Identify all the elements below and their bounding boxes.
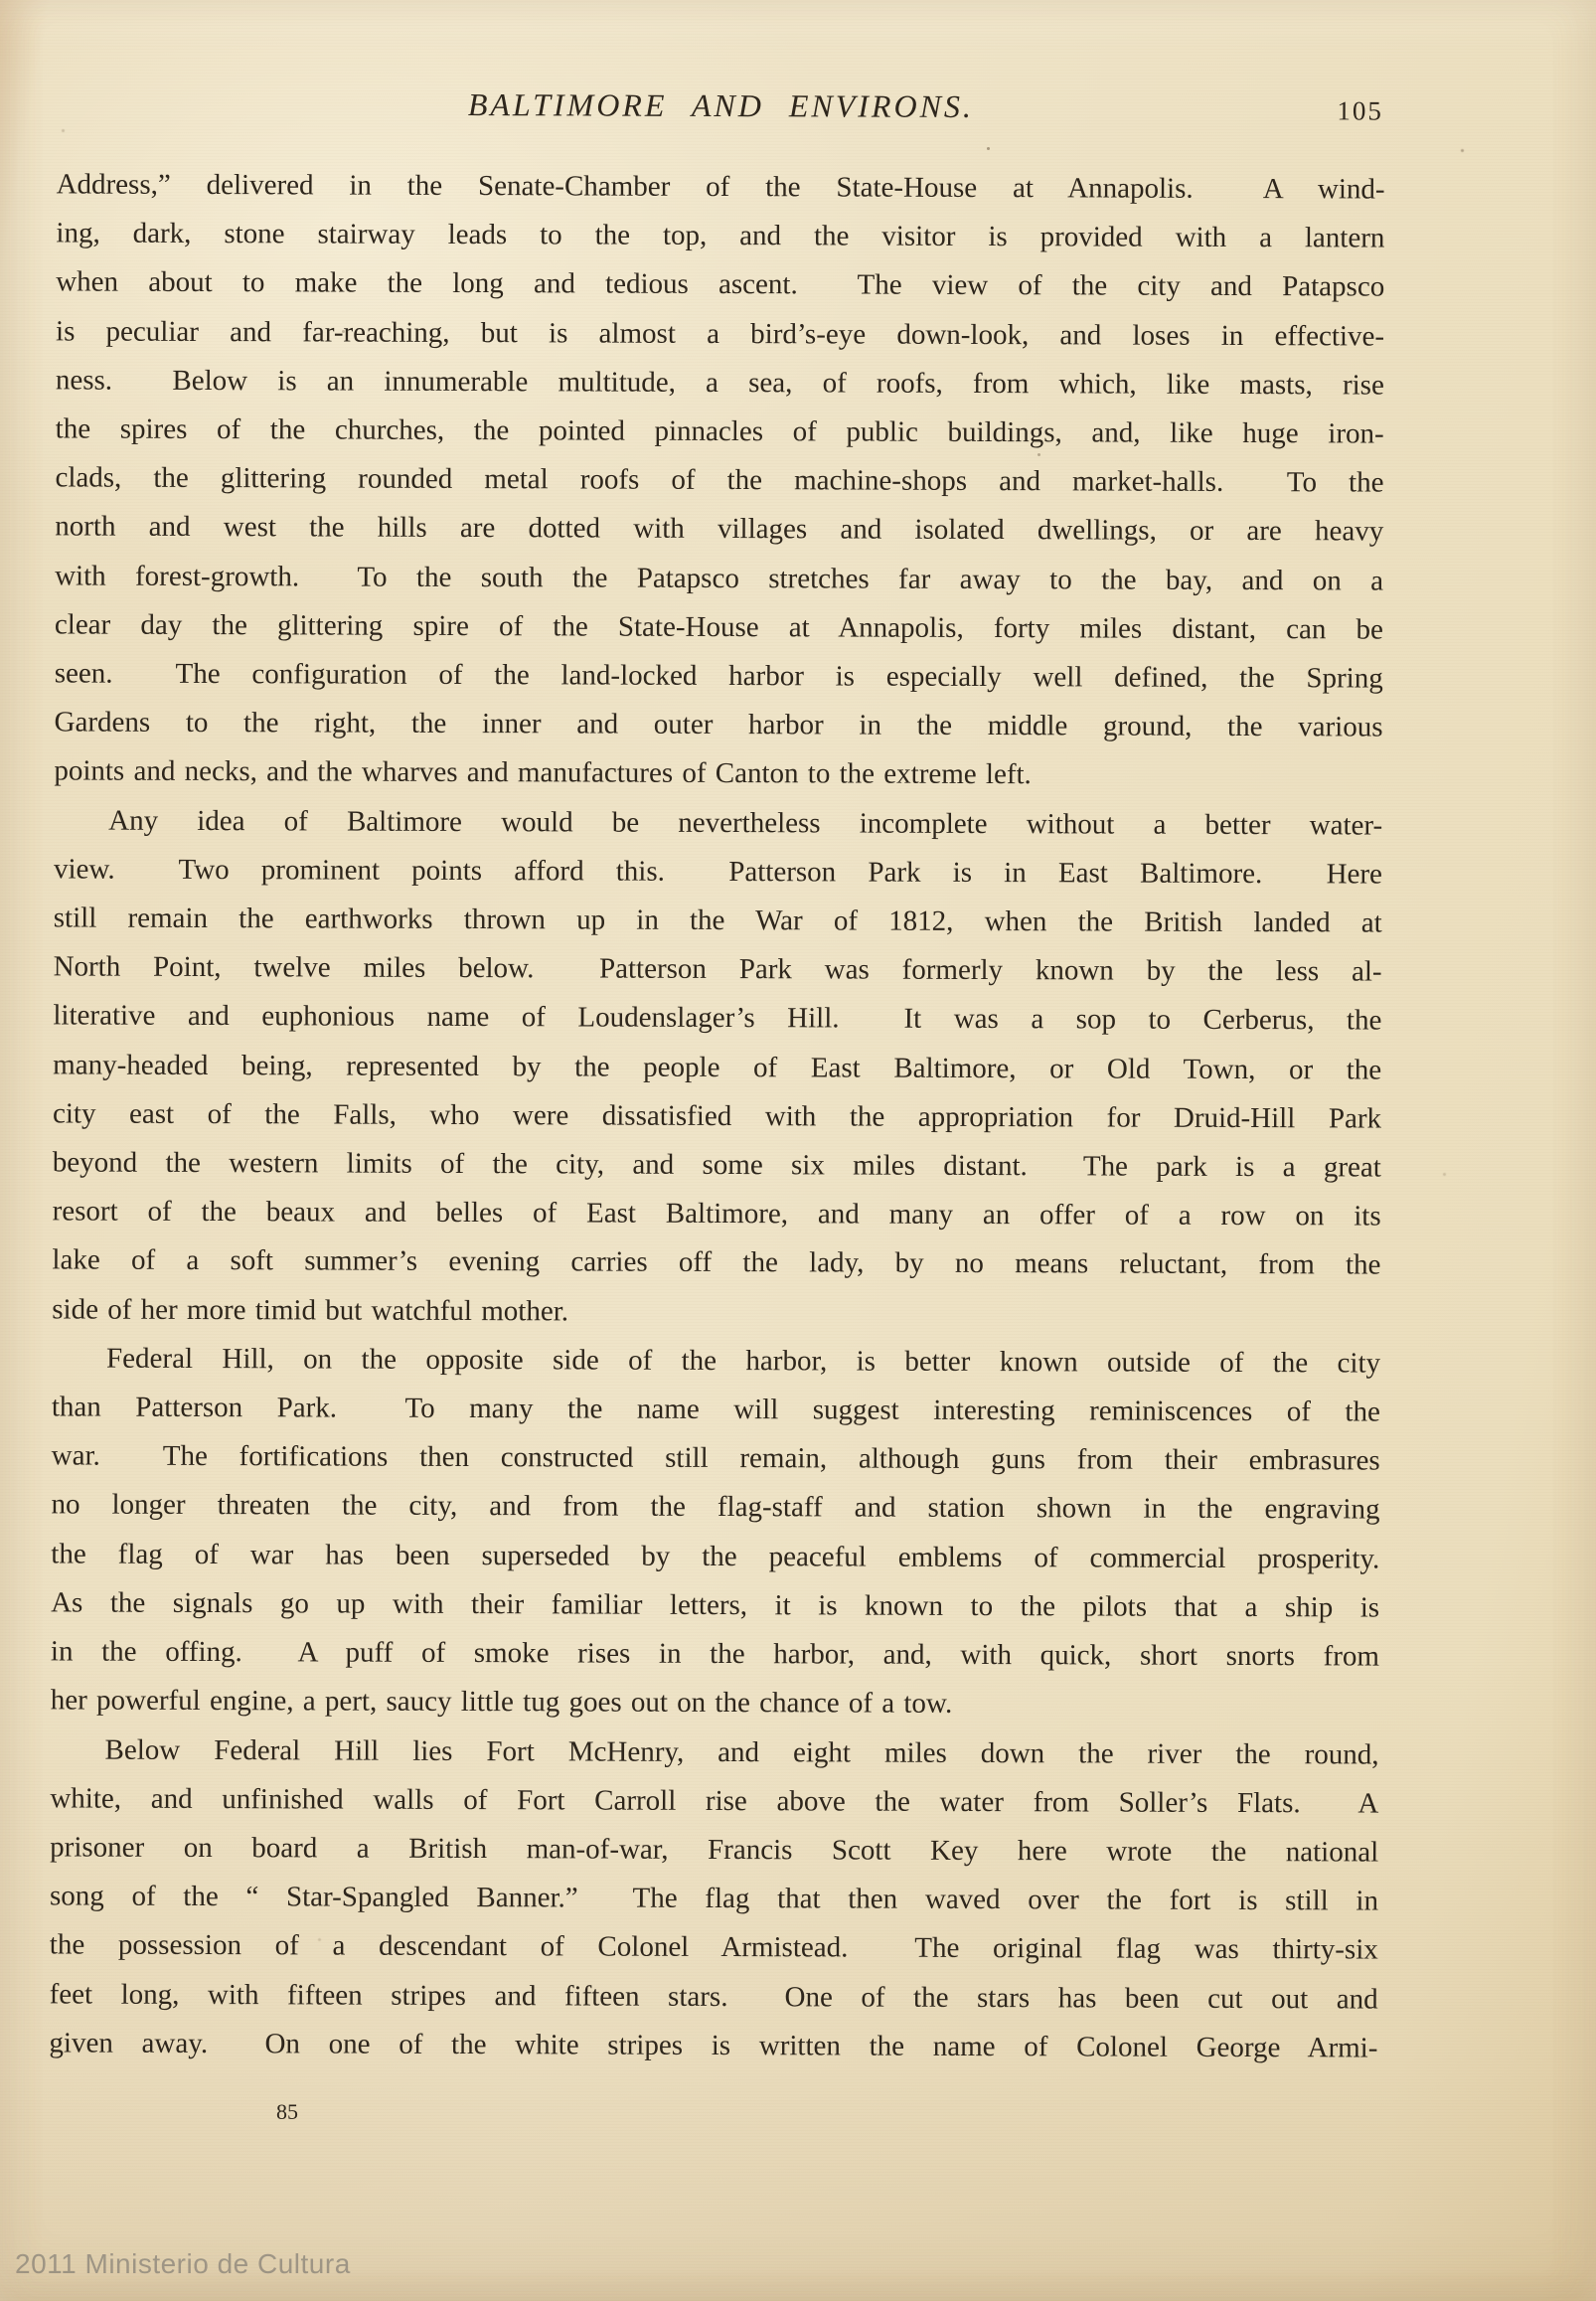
text-line: when about to make the long and tedious … <box>56 258 1384 312</box>
text-line: points and necks, and the wharves and ma… <box>54 747 1382 801</box>
text-line: is peculiar and far-reaching, but is alm… <box>56 307 1384 361</box>
text-line: North Point, twelve miles below. Patters… <box>54 943 1382 997</box>
text-line: As the signals go up with their familiar… <box>51 1578 1379 1632</box>
running-header-title: BALTIMORE AND ENVIRONS. <box>57 84 1385 126</box>
text-line: the spires of the churches, the pointed … <box>56 405 1384 458</box>
running-header: BALTIMORE AND ENVIRONS. 105 <box>57 84 1385 153</box>
text-line: seen. The configuration of the land-lock… <box>55 649 1383 703</box>
text-line: the possession of a descendant of Colone… <box>50 1921 1378 1975</box>
text-line: clads, the glittering rounded metal roof… <box>55 454 1383 508</box>
page-number: 105 <box>1337 95 1383 126</box>
text-line: given away. On one of the white stripes … <box>49 2019 1377 2072</box>
text-line: her powerful engine, a pert, saucy littl… <box>51 1677 1379 1730</box>
paragraph: Any idea of Baltimore would be neverthel… <box>52 796 1382 1339</box>
text-line: beyond the western limits of the city, a… <box>53 1138 1381 1192</box>
text-line: no longer threaten the city, and from th… <box>51 1481 1379 1535</box>
scan-speck-noise <box>0 0 3 3</box>
body-text: Address,” delivered in the Senate-Chambe… <box>49 160 1384 2072</box>
text-line: the flag of war has been superseded by t… <box>51 1530 1379 1583</box>
text-line: resort of the beaux and belles of East B… <box>53 1188 1381 1241</box>
text-line: city east of the Falls, who were dissati… <box>53 1089 1381 1143</box>
text-line: than Patterson Park. To many the name wi… <box>52 1384 1380 1437</box>
text-line: in the offing. A puff of smoke rises in … <box>51 1628 1379 1682</box>
text-line: song of the “ Star-Spangled Banner.” The… <box>50 1873 1378 1926</box>
text-line: view. Two prominent points afford this. … <box>54 845 1382 899</box>
text-line: Any idea of Baltimore would be neverthel… <box>54 796 1382 850</box>
text-line: ness. Below is an innumerable multitude,… <box>56 356 1384 410</box>
text-line: clear day the glittering spire of the St… <box>55 600 1383 654</box>
text-line: white, and unfinished walls of Fort Carr… <box>50 1774 1378 1828</box>
text-line: still remain the earthworks thrown up in… <box>54 894 1382 947</box>
signature-mark: 85 <box>276 2099 298 2125</box>
text-line: Below Federal Hill lies Fort McHenry, an… <box>50 1726 1378 1779</box>
text-line: side of her more timid but watchful moth… <box>52 1285 1380 1339</box>
text-line: war. The fortifications then constructed… <box>52 1432 1380 1486</box>
text-line: with forest-growth. To the south the Pat… <box>55 552 1383 605</box>
paragraph: Federal Hill, on the opposite side of th… <box>51 1334 1381 1730</box>
scanned-book-page: BALTIMORE AND ENVIRONS. 105 Address,” de… <box>0 0 1596 2301</box>
paragraph: Below Federal Hill lies Fort McHenry, an… <box>49 1726 1378 2073</box>
text-line: Gardens to the right, the inner and oute… <box>54 699 1382 752</box>
watermark-text: 2011 Ministerio de Cultura <box>15 2248 351 2280</box>
text-line: literative and euphonious name of Louden… <box>53 992 1381 1046</box>
text-line: feet long, with fifteen stripes and fift… <box>50 1970 1378 2024</box>
text-line: north and west the hills are dotted with… <box>55 503 1383 557</box>
text-line: prisoner on board a British man-of-war, … <box>50 1823 1378 1877</box>
text-line: Federal Hill, on the opposite side of th… <box>52 1334 1380 1388</box>
text-line: Address,” delivered in the Senate-Chambe… <box>57 160 1385 214</box>
text-line: ing, dark, stone stairway leads to the t… <box>56 210 1384 263</box>
text-line: many-headed being, represented by the pe… <box>53 1041 1381 1094</box>
paragraph: Address,” delivered in the Senate-Chambe… <box>54 160 1384 801</box>
page-content: BALTIMORE AND ENVIRONS. 105 Address,” de… <box>49 84 1385 2072</box>
text-line: lake of a soft summer’s evening carries … <box>52 1236 1380 1290</box>
